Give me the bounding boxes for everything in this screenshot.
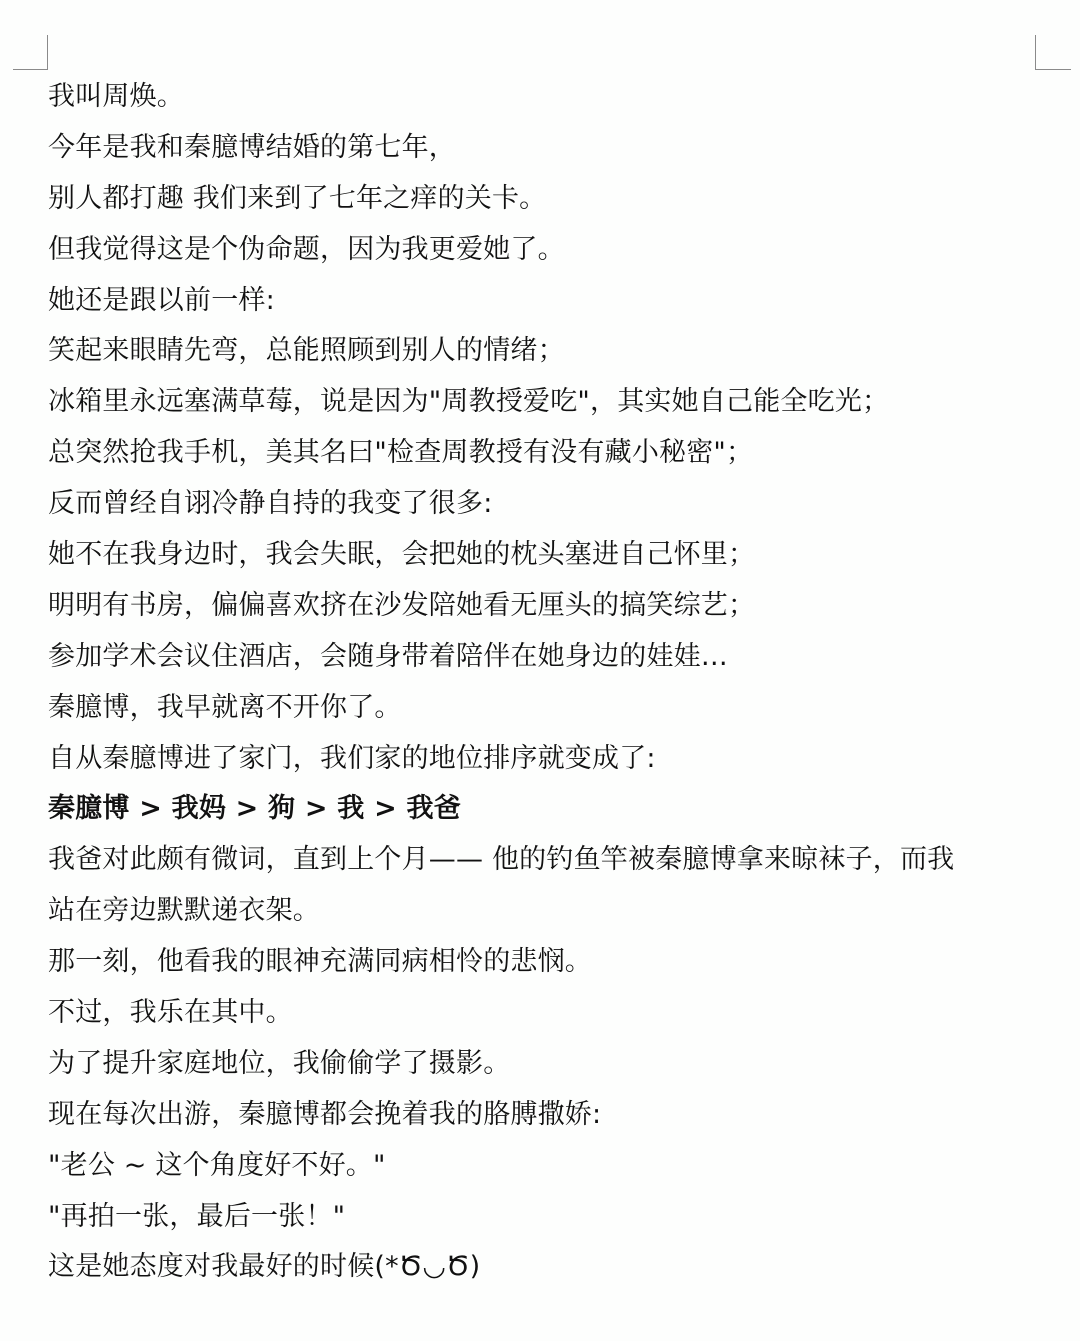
paragraph-line: 自从秦臆博进了家门，我们家的地位排序就变成了: <box>48 734 1038 785</box>
paragraph-line: 她还是跟以前一样: <box>48 276 1038 327</box>
document-page: 我叫周焕。 今年是我和秦臆博结婚的第七年， 别人都打趣 我们来到了七年之痒的关卡… <box>0 0 1080 1341</box>
paragraph-line: 那一刻，他看我的眼神充满同病相怜的悲悯。 <box>48 937 1038 988</box>
paragraph-line: 笑起来眼睛先弯，总能照顾到别人的情绪； <box>48 326 1038 377</box>
paragraph-line: 秦臆博，我早就离不开你了。 <box>48 683 1038 734</box>
family-ranking-line: 秦臆博 > 我妈 > 狗 > 我 > 我爸 <box>48 784 1038 835</box>
paragraph-line: 别人都打趣 我们来到了七年之痒的关卡。 <box>48 174 1038 225</box>
paragraph-line: 冰箱里永远塞满草莓，说是因为"周教授爱吃"，其实她自己能全吃光； <box>48 377 1038 428</box>
paragraph-line: 反而曾经自诩冷静自持的我变了很多: <box>48 479 1038 530</box>
paragraph-line: "再拍一张，最后一张！" <box>48 1192 1038 1243</box>
paragraph-line: 现在每次出游，秦臆博都会挽着我的胳膊撒娇: <box>48 1090 1038 1141</box>
paragraph-line: "老公 ~ 这个角度好不好。" <box>48 1141 1038 1192</box>
paragraph-line: 站在旁边默默递衣架。 <box>48 886 1038 937</box>
paragraph-line: 这是她态度对我最好的时候(*Ծ◡Ծ) <box>48 1242 1038 1293</box>
paragraph-line: 为了提升家庭地位，我偷偷学了摄影。 <box>48 1039 1038 1090</box>
margin-corner-mark-top-right <box>1035 35 1071 70</box>
paragraph-line: 我叫周焕。 <box>48 72 1038 123</box>
paragraph-line: 但我觉得这是个伪命题，因为我更爱她了。 <box>48 225 1038 276</box>
paragraph-line: 我爸对此颇有微词，直到上个月—— 他的钓鱼竿被秦臆博拿来晾袜子，而我 <box>48 835 1038 886</box>
paragraph-line: 今年是我和秦臆博结婚的第七年， <box>48 123 1038 174</box>
document-body[interactable]: 我叫周焕。 今年是我和秦臆博结婚的第七年， 别人都打趣 我们来到了七年之痒的关卡… <box>48 72 1038 1293</box>
paragraph-line: 参加学术会议住酒店，会随身带着陪伴在她身边的娃娃… <box>48 632 1038 683</box>
paragraph-line: 总突然抢我手机，美其名曰"检查周教授有没有藏小秘密"； <box>48 428 1038 479</box>
paragraph-line: 不过，我乐在其中。 <box>48 988 1038 1039</box>
paragraph-line: 明明有书房，偏偏喜欢挤在沙发陪她看无厘头的搞笑综艺； <box>48 581 1038 632</box>
paragraph-line: 她不在我身边时，我会失眠，会把她的枕头塞进自己怀里； <box>48 530 1038 581</box>
margin-corner-mark-top-left <box>13 35 48 70</box>
